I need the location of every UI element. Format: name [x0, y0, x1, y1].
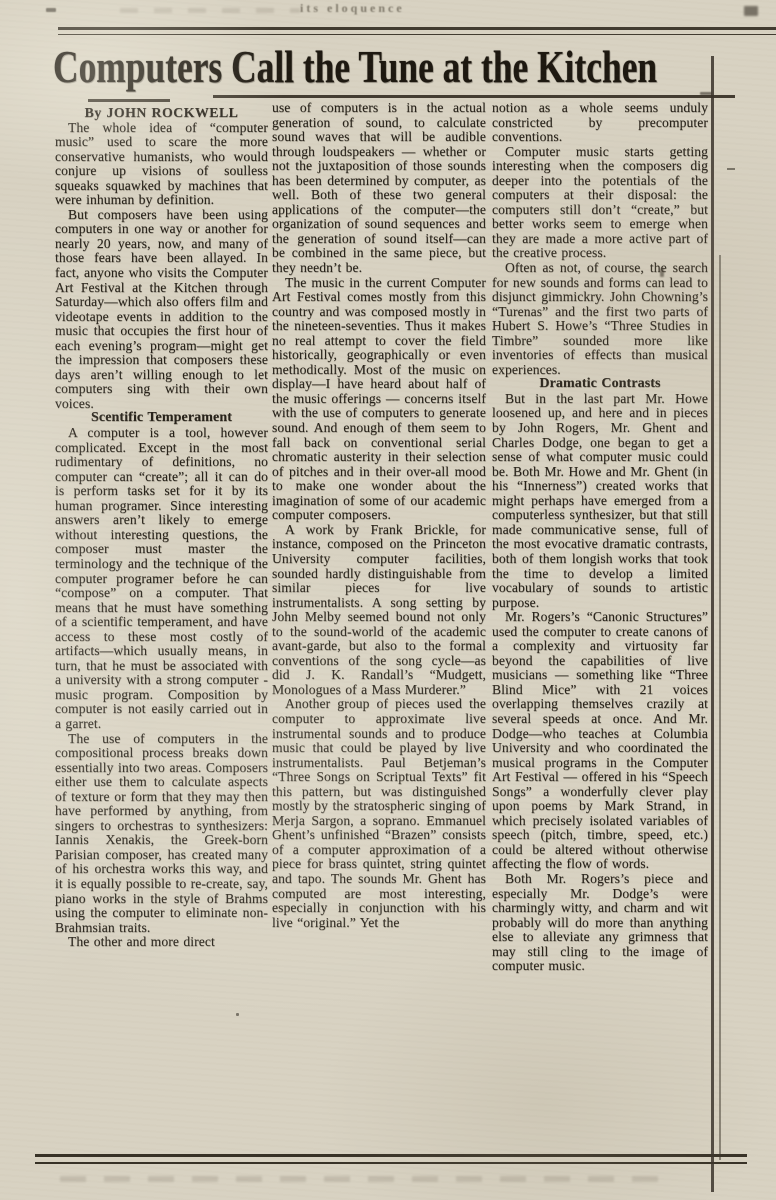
- byline: By JOHN ROCKWELL: [55, 106, 268, 121]
- cropped-previous-article-text: its eloquence: [300, 1, 405, 16]
- column-header-rule: [213, 95, 735, 98]
- section-subhead: Scentific Temperament: [55, 411, 268, 426]
- right-border-line-2: [719, 255, 721, 1160]
- article-paragraph: The music in the current Computer Art Fe…: [272, 276, 486, 523]
- scan-smudge: [120, 8, 300, 13]
- article-paragraph: The other and more direct: [55, 935, 268, 950]
- right-edge-mark: [727, 168, 735, 170]
- article-paragraph: A computer is a tool, however complicate…: [55, 426, 268, 731]
- section-subhead: Dramatic Contrasts: [492, 377, 708, 392]
- article-paragraph: Often as not, of course, the search for …: [492, 261, 708, 377]
- article-paragraph: Both Mr. Rogers’s piece and especially M…: [492, 872, 708, 974]
- top-rule: [58, 27, 776, 35]
- article-paragraph: Computer music starts getting interestin…: [492, 145, 708, 261]
- newspaper-clipping: { "page": { "paper_color": "#d8d2c2", "i…: [0, 0, 776, 1200]
- scan-speck: [700, 92, 712, 95]
- scan-speck: [744, 6, 758, 16]
- article-paragraph: But in the last part Mr. Howe loosened u…: [492, 392, 708, 610]
- article-paragraph: The use of computers in the compositiona…: [55, 732, 268, 936]
- scan-speck: [660, 268, 664, 277]
- article-paragraph: A work by Frank Brickle, for instance, c…: [272, 523, 486, 698]
- article-paragraph: The whole idea of “computer music” used …: [55, 121, 268, 208]
- scan-speck: [236, 1013, 239, 1016]
- article-column-3: notion as a whole seems unduly constrict…: [492, 101, 708, 974]
- scan-speck: [46, 8, 56, 12]
- article-paragraph: Another group of pieces used the compute…: [272, 697, 486, 930]
- scan-smudge: [60, 1176, 660, 1182]
- article-paragraph: use of computers is in the actual genera…: [272, 101, 486, 276]
- bottom-rule: [35, 1154, 747, 1164]
- article-paragraph: Mr. Rogers’s “Canonic Structures” used t…: [492, 610, 708, 872]
- article-paragraph: But composers have been using computers …: [55, 208, 268, 412]
- article-column-2: use of computers is in the actual genera…: [272, 101, 486, 930]
- byline-dash-rule: [88, 99, 170, 102]
- right-border-line: [711, 56, 714, 1192]
- headline: Computers Call the Tune at the Kitchen: [53, 40, 715, 93]
- article-column-1: By JOHN ROCKWELL The whole idea of “comp…: [55, 106, 268, 950]
- article-paragraph: notion as a whole seems unduly constrict…: [492, 101, 708, 145]
